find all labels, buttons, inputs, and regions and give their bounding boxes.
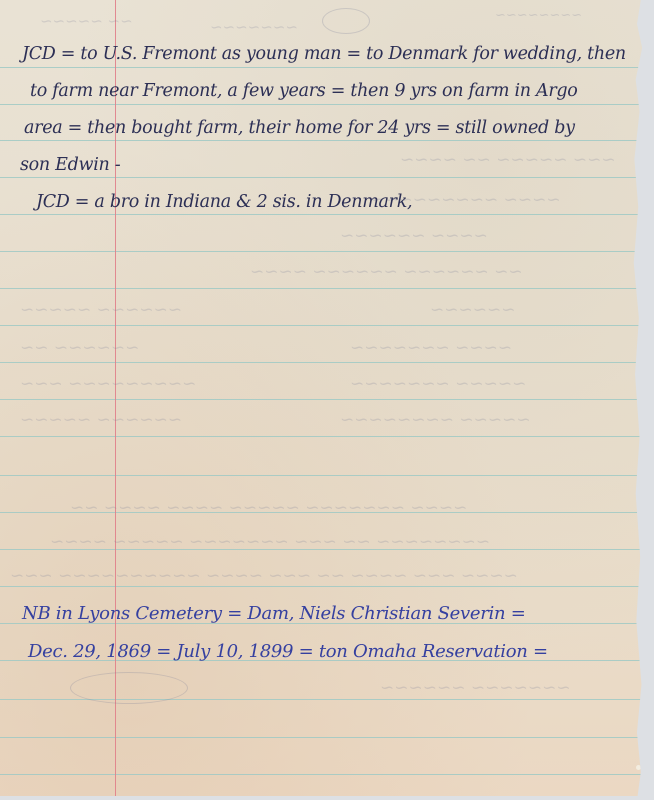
bleed-through-mark: ~~~~~ ~~~~~~~~ xyxy=(340,410,531,430)
bleed-through-mark: ~~~~ ~~~~~~~ ~~~~~ ~~~~ ~~~~ ~~ xyxy=(70,498,467,518)
bleed-through-mark: ~~~~~~~ xyxy=(210,18,298,36)
bleed-through-mark: ~~~~ ~~~ ~~~~ ~~ ~~~ ~~~~ ~~~~~~~~~~ ~~~ xyxy=(10,566,518,586)
bleed-through-mark: ~~~~~~ xyxy=(430,300,515,320)
handwritten-line: area = then bought farm, their home for … xyxy=(24,118,575,138)
handwritten-line: to farm near Fremont, a few years = then… xyxy=(30,81,578,101)
ruled-line xyxy=(0,399,646,400)
ruled-line xyxy=(0,737,646,738)
ruled-line xyxy=(0,104,646,105)
bleed-through-mark: ~~ ~~~~~~ ~~~~~~ ~~~~ xyxy=(250,262,523,282)
bleed-through-mark: ~~ ~~~~~ xyxy=(40,12,133,30)
ruled-line xyxy=(0,325,646,326)
bleed-through-mark: ~~~~ ~~~~~~~ xyxy=(350,338,512,358)
bleed-through-mark: ~~~ ~~~~~ ~~ ~~~~ xyxy=(400,150,616,170)
ruled-line xyxy=(0,251,646,252)
handwritten-line: JCD = a bro in Indiana & 2 sis. in Denma… xyxy=(36,192,412,212)
ruled-line xyxy=(0,214,646,215)
ruled-line xyxy=(0,774,646,775)
ruled-line xyxy=(0,586,646,587)
ruled-line xyxy=(0,140,646,141)
handwritten-line: JCD = to U.S. Fremont as young man = to … xyxy=(22,44,626,64)
bleed-through-mark: ~~~~ ~~~~~~ xyxy=(340,226,488,246)
bleed-through-mark: ~~~~~~ ~~~~~ xyxy=(20,410,182,430)
ruled-line xyxy=(0,436,646,437)
bleed-through-mark: ~~~~~~~ ~~~~~~ xyxy=(380,678,571,698)
notebook-page: ~~ ~~~~~ ~~~~~~~ ~~~~~~~~ ~~~ ~~~~~ ~~ ~… xyxy=(0,0,646,796)
ruled-line xyxy=(0,177,646,178)
bleed-through-mark: ~~~~~~~~ xyxy=(495,8,582,23)
handwritten-line: NB in Lyons Cemetery = Dam, Niels Christ… xyxy=(22,603,526,624)
handwritten-line: Dec. 29, 1869 = July 10, 1899 = ton Omah… xyxy=(28,641,548,662)
paper-tear-mark xyxy=(636,765,641,770)
bleed-through-circle xyxy=(70,672,188,704)
bleed-through-mark: ~~~~~~ ~~~~~ xyxy=(20,300,182,320)
bleed-through-mark: ~~~~~~~~~ ~~~ xyxy=(20,374,196,394)
paper-tear-mark xyxy=(640,163,645,168)
bleed-through-mark: ~~~~~~ ~~ xyxy=(20,338,139,358)
ruled-line xyxy=(0,67,646,68)
ruled-line xyxy=(0,288,646,289)
ruled-line xyxy=(0,362,646,363)
handwritten-line: son Edwin - xyxy=(20,155,120,175)
bleed-through-mark: ~~~~~~~~ ~~ ~~~ ~~~~~~~ ~~~~~ ~~~~ xyxy=(50,532,490,552)
bleed-through-circle xyxy=(322,8,370,34)
ruled-line xyxy=(0,475,646,476)
bleed-through-mark: ~~~~~ ~~~~~~~ xyxy=(350,374,526,394)
